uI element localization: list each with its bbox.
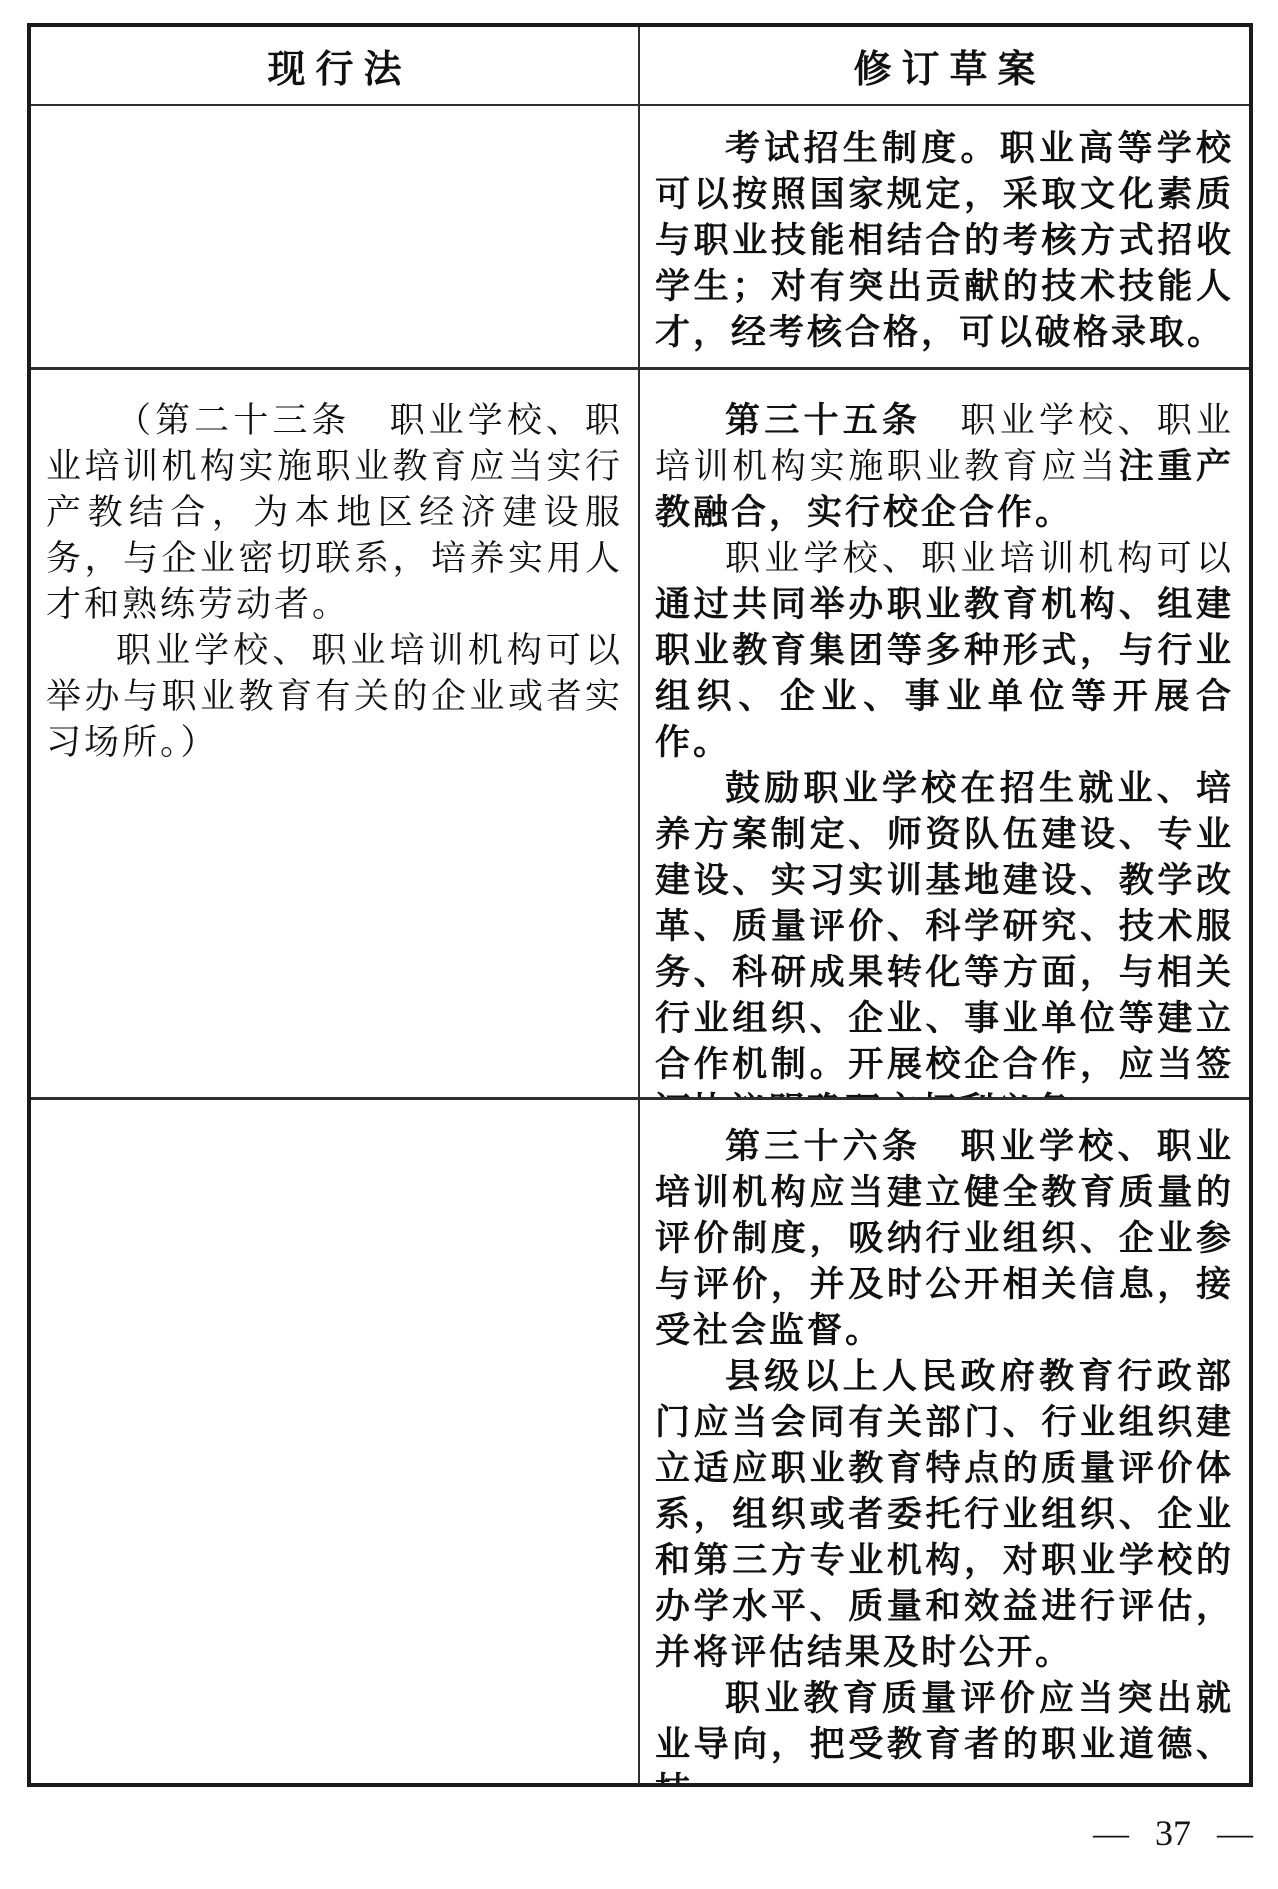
paragraph: 职业学校、职业培训机构可以举办与职业教育有关的企业或者实习场所。）	[46, 628, 623, 766]
paragraph: 第三十六条 职业学校、职业培训机构应当建立健全教育质量的评价制度，吸纳行业组织、…	[655, 1124, 1234, 1354]
footer-dash-right: —	[1217, 1813, 1253, 1853]
footer-dash-left: —	[1093, 1813, 1129, 1853]
text-segment: 职业学校、职业培训机构可以举办与职业教育有关的企业或者实习场所。）	[46, 631, 623, 762]
cell-revision-draft: 第三十六条 职业学校、职业培训机构应当建立健全教育质量的评价制度，吸纳行业组织、…	[640, 1100, 1249, 1783]
paragraph: 鼓励职业学校在招生就业、培养方案制定、师资队伍建设、专业建设、实习实训基地建设、…	[655, 766, 1234, 1100]
revised-text-segment: 县级以上人民政府教育行政部门应当会同有关部门、行业组织建立适应职业教育特点的质量…	[655, 1357, 1234, 1672]
text-segment: 职业学校、职业培训机构可以	[725, 539, 1234, 578]
revised-text-segment: 考试招生制度。职业高等学校可以按照国家规定，采取文化素质与职业技能相结合的考核方…	[655, 129, 1234, 352]
page-footer: —37—	[27, 1812, 1253, 1854]
cell-current-law	[31, 106, 640, 370]
paragraph: 考试招生制度。职业高等学校可以按照国家规定，采取文化素质与职业技能相结合的考核方…	[655, 126, 1234, 356]
revised-text-segment: 鼓励职业学校在招生就业、培养方案制定、师资队伍建设、专业建设、实习实训基地建设、…	[655, 769, 1234, 1100]
paragraph: 职业学校、职业培训机构可以通过共同举办职业教育机构、组建职业教育集团等多种形式，…	[655, 536, 1234, 766]
paragraph: 第三十五条 职业学校、职业培训机构实施职业教育应当注重产教融合，实行校企合作。	[655, 398, 1234, 536]
paragraph: 县级以上人民政府教育行政部门应当会同有关部门、行业组织建立适应职业教育特点的质量…	[655, 1354, 1234, 1676]
cell-revision-draft: 考试招生制度。职业高等学校可以按照国家规定，采取文化素质与职业技能相结合的考核方…	[640, 106, 1249, 370]
cell-current-law	[31, 1100, 640, 1783]
cell-revision-draft: 第三十五条 职业学校、职业培训机构实施职业教育应当注重产教融合，实行校企合作。职…	[640, 370, 1249, 1100]
header-revision-draft: 修订草案	[640, 27, 1249, 106]
comparison-table: 现行法 修订草案 考试招生制度。职业高等学校可以按照国家规定，采取文化素质与职业…	[27, 23, 1253, 1787]
text-segment: （第二十三条 职业学校、职业培训机构实施职业教育应当实行产教结合，为本地区经济建…	[46, 401, 623, 624]
page-number: 37	[1155, 1813, 1191, 1853]
revised-text-segment: 通过共同举办职业教育机构、组建职业教育集团等多种形式，与行业组织、企业、事业单位…	[655, 585, 1234, 762]
revised-text-segment: 第三十六条 职业学校、职业培训机构应当建立健全教育质量的评价制度，吸纳行业组织、…	[655, 1127, 1234, 1350]
document-page: 现行法 修订草案 考试招生制度。职业高等学校可以按照国家规定，采取文化素质与职业…	[0, 0, 1278, 1889]
revised-text-segment: 职业教育质量评价应当突出就业导向，把受教育者的职业道德、技	[655, 1679, 1234, 1783]
cell-current-law: （第二十三条 职业学校、职业培训机构实施职业教育应当实行产教结合，为本地区经济建…	[31, 370, 640, 1100]
header-current-law: 现行法	[31, 27, 640, 106]
revised-text-segment: 第三十五条	[725, 401, 921, 440]
paragraph: （第二十三条 职业学校、职业培训机构实施职业教育应当实行产教结合，为本地区经济建…	[46, 398, 623, 628]
paragraph: 职业教育质量评价应当突出就业导向，把受教育者的职业道德、技	[655, 1676, 1234, 1783]
